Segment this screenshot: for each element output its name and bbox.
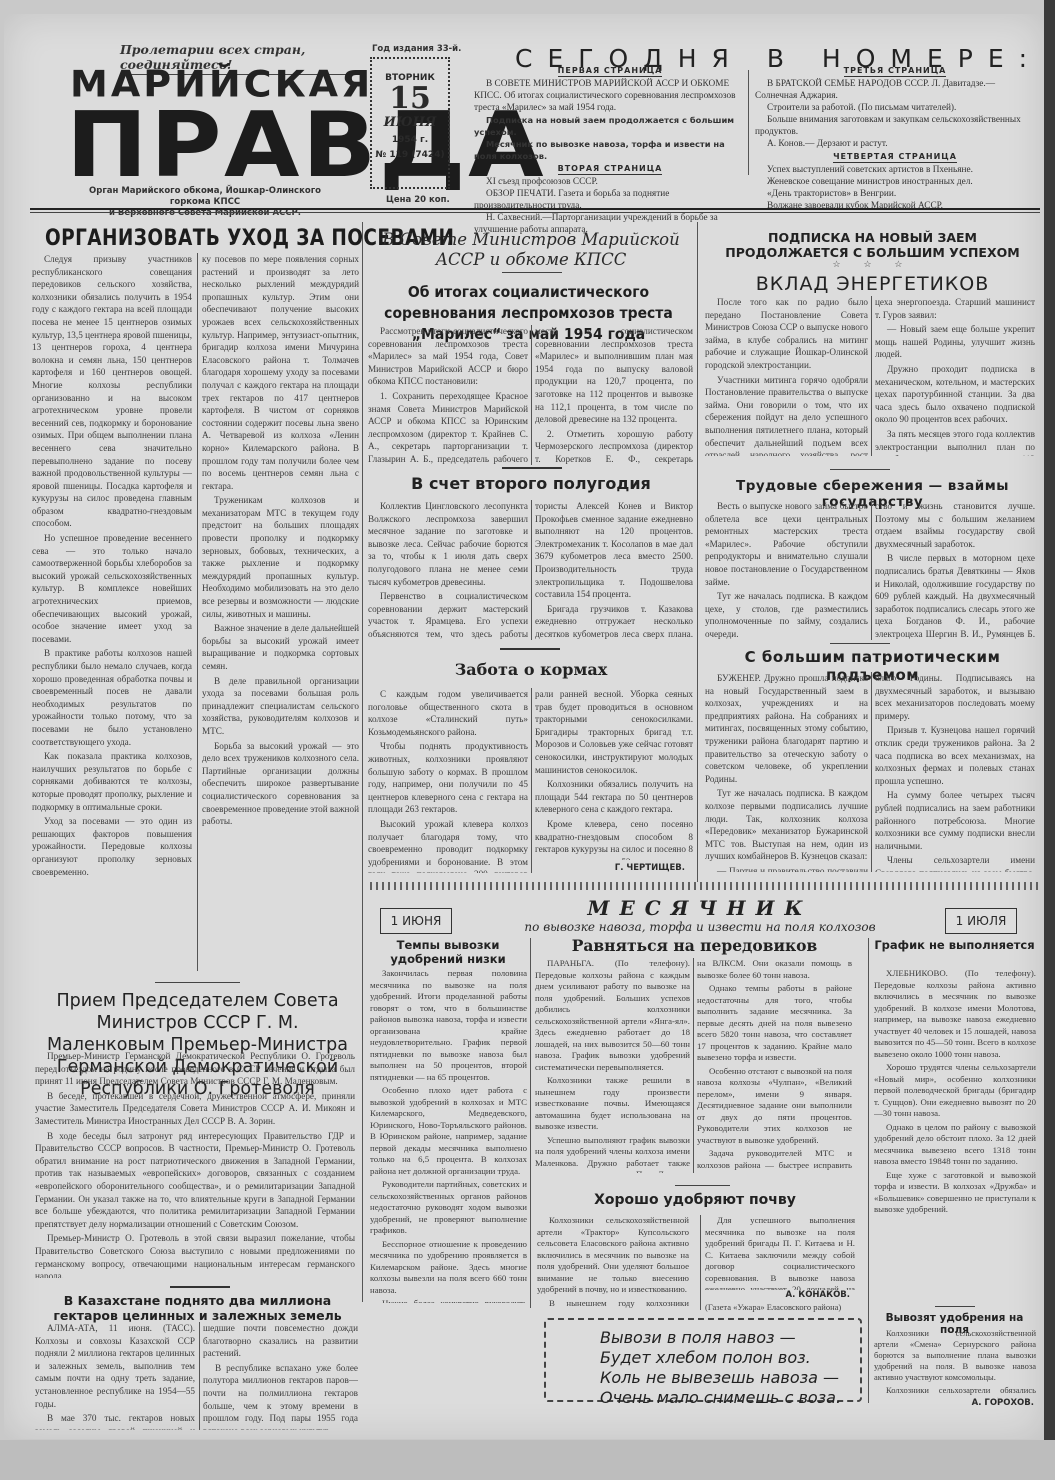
paragraph: ВТОРАЯ СТРАНИЦА: [558, 164, 663, 175]
paragraph: Участники митинга горячо одобряли Постан…: [705, 374, 868, 456]
scan-edge: [1044, 0, 1055, 1440]
loan-headline: ПОДПИСКА НА НОВЫЙ ЗАЕМ ПРОДОЛЖАЕТСЯ С БО…: [705, 230, 1040, 260]
leaders-col2: на ВЛКСМ. Они оказали помощь в вывозке б…: [697, 958, 852, 1173]
second-half-headline: В счет второго полугодия: [368, 474, 694, 493]
paragraph: Колхозники сельхозартели обязались выпол…: [874, 1385, 1036, 1398]
paragraph: В ходе беседы был затронут ряд интересую…: [35, 1130, 355, 1231]
paragraph: Нужно более конкретно руководить месячни…: [370, 1298, 527, 1303]
paragraph: Колхозники сельскохозяйственной артели «…: [537, 1215, 689, 1296]
paragraph: ХЛЕБНИКОВО. (По телефону). Передовые кол…: [874, 968, 1036, 1060]
paragraph: В практике работы колхозов нашей республ…: [32, 647, 192, 748]
organ-statement: Орган Марийского обкома, Йошкар-Олинског…: [80, 186, 330, 219]
divider: [155, 982, 240, 983]
paragraph: ПЕРВАЯ СТРАНИЦА: [558, 66, 663, 77]
column-rule: [748, 70, 749, 175]
paragraph: Тут же началась подписка. В каждом цехе,…: [705, 590, 868, 640]
soil-signature: А. КОНАКОВ.: [705, 1290, 850, 1300]
paragraph: — Партия и правительство поставили задач…: [705, 865, 868, 872]
paragraph: Кроме клевера, сено посеяно квадратно-гн…: [535, 818, 693, 860]
pace-body: Закончилась первая половина месячника по…: [370, 968, 527, 1303]
column-rule: [868, 938, 869, 1403]
paragraph: В числе первых в моторном цехе подписали…: [875, 552, 1035, 640]
editorial-col2: ку посевов по мере появления сорных раст…: [202, 253, 359, 971]
paragraph: Особенно плохо идет работа с вывозкой уд…: [370, 1085, 527, 1177]
paragraph: Следуя призыву участников республиканско…: [32, 253, 192, 530]
contents-item[interactable]: Месячник по вывозке навоза, торфа и изве…: [474, 138, 746, 162]
paragraph: — Новый заем еще больше укрепит мощь наш…: [875, 323, 1035, 361]
year: 1954 г.: [372, 135, 448, 145]
soil-source: (Газета «Ужара» Еласовского района): [705, 1301, 855, 1314]
paragraph: Колхозники сельскохозяйственной артели «…: [874, 1328, 1036, 1383]
column-rule: [700, 1215, 701, 1310]
council-kicker: В Совете Министров Марийской АССР и обко…: [368, 230, 694, 270]
contents-heading: ВТОРАЯ СТРАНИЦА: [474, 164, 746, 173]
column-rule: [693, 958, 694, 1173]
hauling-signature: А. ГОРОХОВ.: [874, 1398, 1034, 1408]
paragraph: на ВЛКСМ. Они оказали помощь в вывозке б…: [697, 958, 852, 981]
contents-item[interactable]: В БРАТСКОЙ СЕМЬЕ НАРОДОВ СССР. Л. Давита…: [755, 78, 1035, 102]
paragraph: С каждым годом увеличивается поголовье о…: [368, 688, 528, 738]
paragraph: В мае 370 тыс. гектаров новых земель зас…: [35, 1412, 195, 1430]
paragraph: Однако в целом по району с вывозкой удоб…: [874, 1122, 1036, 1168]
paragraph: За пять месяцев этого года коллектив эле…: [875, 428, 1035, 456]
poem-line: Будет хлебом полон воз.: [600, 1348, 850, 1368]
fodder-col2: рали ранней весной. Уборка сеяных трав б…: [535, 688, 693, 860]
column-rule: [530, 938, 531, 1308]
leaders-headline: Равняться на передовиков: [532, 936, 857, 955]
paragraph: цеха энергопоезда. Старший машинист т. Г…: [875, 296, 1035, 321]
paragraph: Члены сельхозартели имени Свердлова подп…: [875, 854, 1035, 872]
day: 15: [372, 83, 448, 115]
paragraph: ПАРАНЬГА. (По телефону). Передовые колхо…: [535, 958, 690, 1073]
paragraph: Особенно отстают с вывозкой на поля наво…: [697, 1066, 852, 1147]
contents-heading: ТРЕТЬЯ СТРАНИЦА: [844, 66, 947, 77]
campaign-title: МЕСЯЧНИК: [520, 896, 880, 920]
paragraph: место в социалистическом соревновании ле…: [535, 325, 693, 426]
contents-heading: ЧЕТВЕРТАЯ СТРАНИЦА: [833, 152, 957, 163]
poem-line: Коль не вывезешь навоза —: [600, 1368, 850, 1388]
contents-item[interactable]: Успех выступлений советских артистов в П…: [755, 164, 1035, 176]
contents-item[interactable]: XI съезд профсоюзов СССР.: [474, 176, 746, 188]
paragraph: 1. Сохранить переходящее Красное знамя С…: [368, 390, 528, 465]
divider: [502, 467, 562, 469]
paragraph: шедшие почти повсеместно дожди благотвор…: [203, 1322, 358, 1360]
paragraph: Бесспорное отношение к проведению месячн…: [370, 1239, 527, 1297]
paragraph: Первенство в социалистическом соревнован…: [368, 590, 528, 640]
council-col1: Рассмотрев итоги социалистического сорев…: [368, 325, 528, 465]
poem-line: Вывози в поля навоз —: [600, 1328, 850, 1348]
column-rule: [531, 688, 532, 873]
paragraph: Для успешного выполнения месячника по вы…: [705, 1215, 855, 1290]
second-half-col2: тористы Алексей Конев и Виктор Прокофьев…: [535, 500, 693, 640]
paragraph: Руководители партийных, советских и сель…: [370, 1179, 527, 1237]
paragraph: Весть о выпуске нового займа быстро обле…: [705, 500, 868, 588]
energy-col2: цеха энергопоезда. Старший машинист т. Г…: [875, 296, 1035, 456]
paragraph: После того как по радио было передано По…: [705, 296, 868, 372]
divider: [830, 643, 890, 644]
savings-col2: ство и жизнь становится лучше. Поэтому м…: [875, 500, 1035, 640]
column-rule: [871, 500, 872, 640]
divider: [170, 1286, 230, 1288]
campaign-end-date: 1 ИЮЛЯ: [945, 908, 1017, 934]
pace-headline: Темпы вывозки удобрений низки: [368, 938, 528, 966]
column-rule: [531, 500, 532, 640]
year-of-issue: Год издания 33-й.: [372, 44, 461, 54]
schedule-headline: График не выполняется: [872, 938, 1037, 952]
contents-item[interactable]: В СОВЕТЕ МИНИСТРОВ МАРИЙСКОЙ АССР И ОБКО…: [474, 78, 746, 114]
divider: [935, 1306, 975, 1307]
divider: [675, 1185, 730, 1186]
paragraph: БУЖЕНЕР. Дружно прошла подписка на новый…: [705, 672, 868, 785]
paragraph: Рассмотрев итоги социалистического сорев…: [368, 325, 528, 388]
stars-ornament: ☆ ☆ ☆: [705, 260, 1040, 270]
scan-margin: [0, 1440, 1055, 1480]
paragraph: Высокий урожай клевера колхоз получает б…: [368, 818, 528, 873]
council-col2: место в социалистическом соревновании ле…: [535, 325, 693, 465]
column-rule: [199, 1322, 200, 1430]
patriotic-col2: благо Родины. Подписываясь на двухмесячн…: [875, 672, 1035, 872]
paragraph: тористы Алексей Конев и Виктор Прокофьев…: [535, 500, 693, 601]
paragraph: Еще хуже с заготовкой и вывозкой торфа и…: [874, 1170, 1036, 1216]
paragraph: Но успешное проведение весеннего сева — …: [32, 532, 192, 645]
soil-headline: Хорошо удобряют почву: [535, 1192, 855, 1208]
poem: Вывози в поля навоз — Будет хлебом полон…: [600, 1328, 850, 1408]
paragraph: Успешно выполняют график вывозки на поля…: [535, 1135, 690, 1174]
paragraph: Бригада грузчиков т. Казакова ежедневно …: [535, 603, 693, 640]
paragraph: Уход за посевами — это один из решающих …: [32, 815, 192, 878]
column-rule: [871, 296, 872, 456]
paragraph: Хорошо трудятся члены сельхозартели «Нов…: [874, 1062, 1036, 1120]
issue-number: № 119 (7424): [372, 150, 448, 160]
contents-item[interactable]: Строители за работой. (По письмам читате…: [755, 102, 1035, 114]
soil-col2: Для успешного выполнения месячника по вы…: [705, 1215, 855, 1290]
contents-item[interactable]: Подписка на новый заем продолжается с бо…: [474, 114, 746, 138]
paragraph: Труженикам колхозов и механизаторам МТС …: [202, 494, 359, 620]
campaign-subtitle: по вывозке навоза, торфа и извести на по…: [470, 920, 930, 934]
paragraph: Колхозники также решили в нынешнем году …: [535, 1075, 690, 1133]
paragraph: Призыв т. Кузнецова нашел горячий отклик…: [875, 724, 1035, 787]
contents-item[interactable]: «День трактористов» в Венгрии.: [755, 188, 1035, 200]
divider: [830, 469, 890, 470]
savings-col1: Весть о выпуске нового займа быстро обле…: [705, 500, 868, 640]
column-rule: [362, 222, 363, 1302]
paragraph: Задача руководителей МТС и колхозов райо…: [697, 1148, 852, 1173]
paragraph: Колхозники обязались получить на площади…: [535, 778, 693, 816]
paragraph: В нынешнем году колхозники решили извест…: [537, 1298, 689, 1311]
masthead-rule: [30, 208, 1040, 213]
schedule-body: ХЛЕБНИКОВО. (По телефону). Передовые кол…: [874, 968, 1036, 1303]
paragraph: На сумму более четырех тысяч рублей подп…: [875, 789, 1035, 852]
patriotic-col1: БУЖЕНЕР. Дружно прошла подписка на новый…: [705, 672, 868, 872]
paragraph: Важное значение в деле дальнейшей борьбы…: [202, 622, 359, 672]
paragraph: благо Родины. Подписываясь на двухмесячн…: [875, 672, 1035, 722]
contents-item[interactable]: Больше внимания заготовкам и закупкам се…: [755, 114, 1035, 138]
second-half-col1: Коллектив Цингловского лесопункта Волжск…: [368, 500, 528, 640]
paragraph: Коллектив Цингловского лесопункта Волжск…: [368, 500, 528, 588]
soil-col1: Колхозники сельскохозяйственной артели «…: [537, 1215, 689, 1310]
paragraph: Дружно проходит подписка в механическом,…: [875, 363, 1035, 426]
month: ИЮНЯ: [372, 115, 448, 130]
paragraph: Премьер-Министр О. Гротеволь в этой связ…: [35, 1232, 355, 1278]
fodder-col1: С каждым годом увеличивается поголовье о…: [368, 688, 528, 873]
paragraph: ку посевов по мере появления сорных раст…: [202, 253, 359, 492]
paragraph: В беседе, протекавшей в сердечной, друже…: [35, 1090, 355, 1128]
contents-item[interactable]: А. Конов.— Дерзают и растут.: [755, 138, 1035, 150]
paragraph: Премьер-Министр Германской Демократическ…: [35, 1050, 355, 1088]
column-rule: [697, 222, 698, 882]
divider: [500, 648, 560, 650]
column-rule: [871, 672, 872, 872]
paragraph: 2. Отметить хорошую работу Чермозерского…: [535, 428, 693, 465]
paragraph: Чтобы поднять продуктивность животных, к…: [368, 740, 528, 816]
reception-body: Премьер-Министр Германской Демократическ…: [35, 1050, 355, 1278]
contents-heading: ПЕРВАЯ СТРАНИЦА: [474, 66, 746, 75]
paragraph: Тут же началась подписка. В каждом колхо…: [705, 787, 868, 863]
fodder-signature: Г. ЧЕРТИЩЕВ.: [535, 863, 685, 873]
kazakhstan-headline: В Казахстане поднято два миллиона гектар…: [40, 1293, 355, 1323]
leaders-col1: ПАРАНЬГА. (По телефону). Передовые колхо…: [535, 958, 690, 1173]
paragraph: рали ранней весной. Уборка сеяных трав б…: [535, 688, 693, 776]
column-rule: [531, 325, 532, 465]
poem-line: Очень мало снимешь с воза.: [600, 1388, 850, 1408]
editorial-col1: Следуя призыву участников республиканско…: [32, 253, 192, 971]
divider: [502, 272, 562, 273]
paragraph: ство и жизнь становится лучше. Поэтому м…: [875, 500, 1035, 550]
wavy-border: [368, 882, 1040, 890]
paragraph: В деле правильной организации ухода за п…: [202, 675, 359, 738]
fodder-headline: Забота о кормах: [368, 660, 694, 679]
kazakhstan-col1: АЛМА-АТА, 11 июня. (ТАСС). Колхозы и сов…: [35, 1322, 195, 1430]
price: Цена 20 коп.: [386, 195, 450, 205]
organ-line1: Орган Марийского обкома, Йошкар-Олинског…: [80, 186, 330, 208]
date-box: ВТОРНИК 15 ИЮНЯ 1954 г. № 119 (7424): [370, 57, 450, 189]
paragraph: Борьба за высокий урожай — это дело всех…: [202, 740, 359, 828]
column-rule: [197, 253, 198, 971]
hauling-body: Колхозники сельскохозяйственной артели «…: [874, 1328, 1036, 1398]
contents-page-3-4: ТРЕТЬЯ СТРАНИЦА В БРАТСКОЙ СЕМЬЕ НАРОДОВ…: [755, 66, 1035, 212]
paragraph: В республике вспахано уже более полутора…: [203, 1362, 358, 1430]
contents-item[interactable]: Женевское совещание министров иностранны…: [755, 176, 1035, 188]
paragraph: АЛМА-АТА, 11 июня. (ТАСС). Колхозы и сов…: [35, 1322, 195, 1410]
energy-headline: ВКЛАД ЭНЕРГЕТИКОВ: [705, 273, 1040, 295]
paragraph: Однако темпы работы в районе недостаточн…: [697, 983, 852, 1064]
campaign-start-date: 1 ИЮНЯ: [380, 908, 452, 934]
kazakhstan-col2: шедшие почти повсеместно дожди благотвор…: [203, 1322, 358, 1430]
energy-col1: После того как по радио было передано По…: [705, 296, 868, 456]
paragraph: Закончилась первая половина месячника по…: [370, 968, 527, 1083]
paragraph: Как показала практика колхозов, наилучши…: [32, 750, 192, 813]
